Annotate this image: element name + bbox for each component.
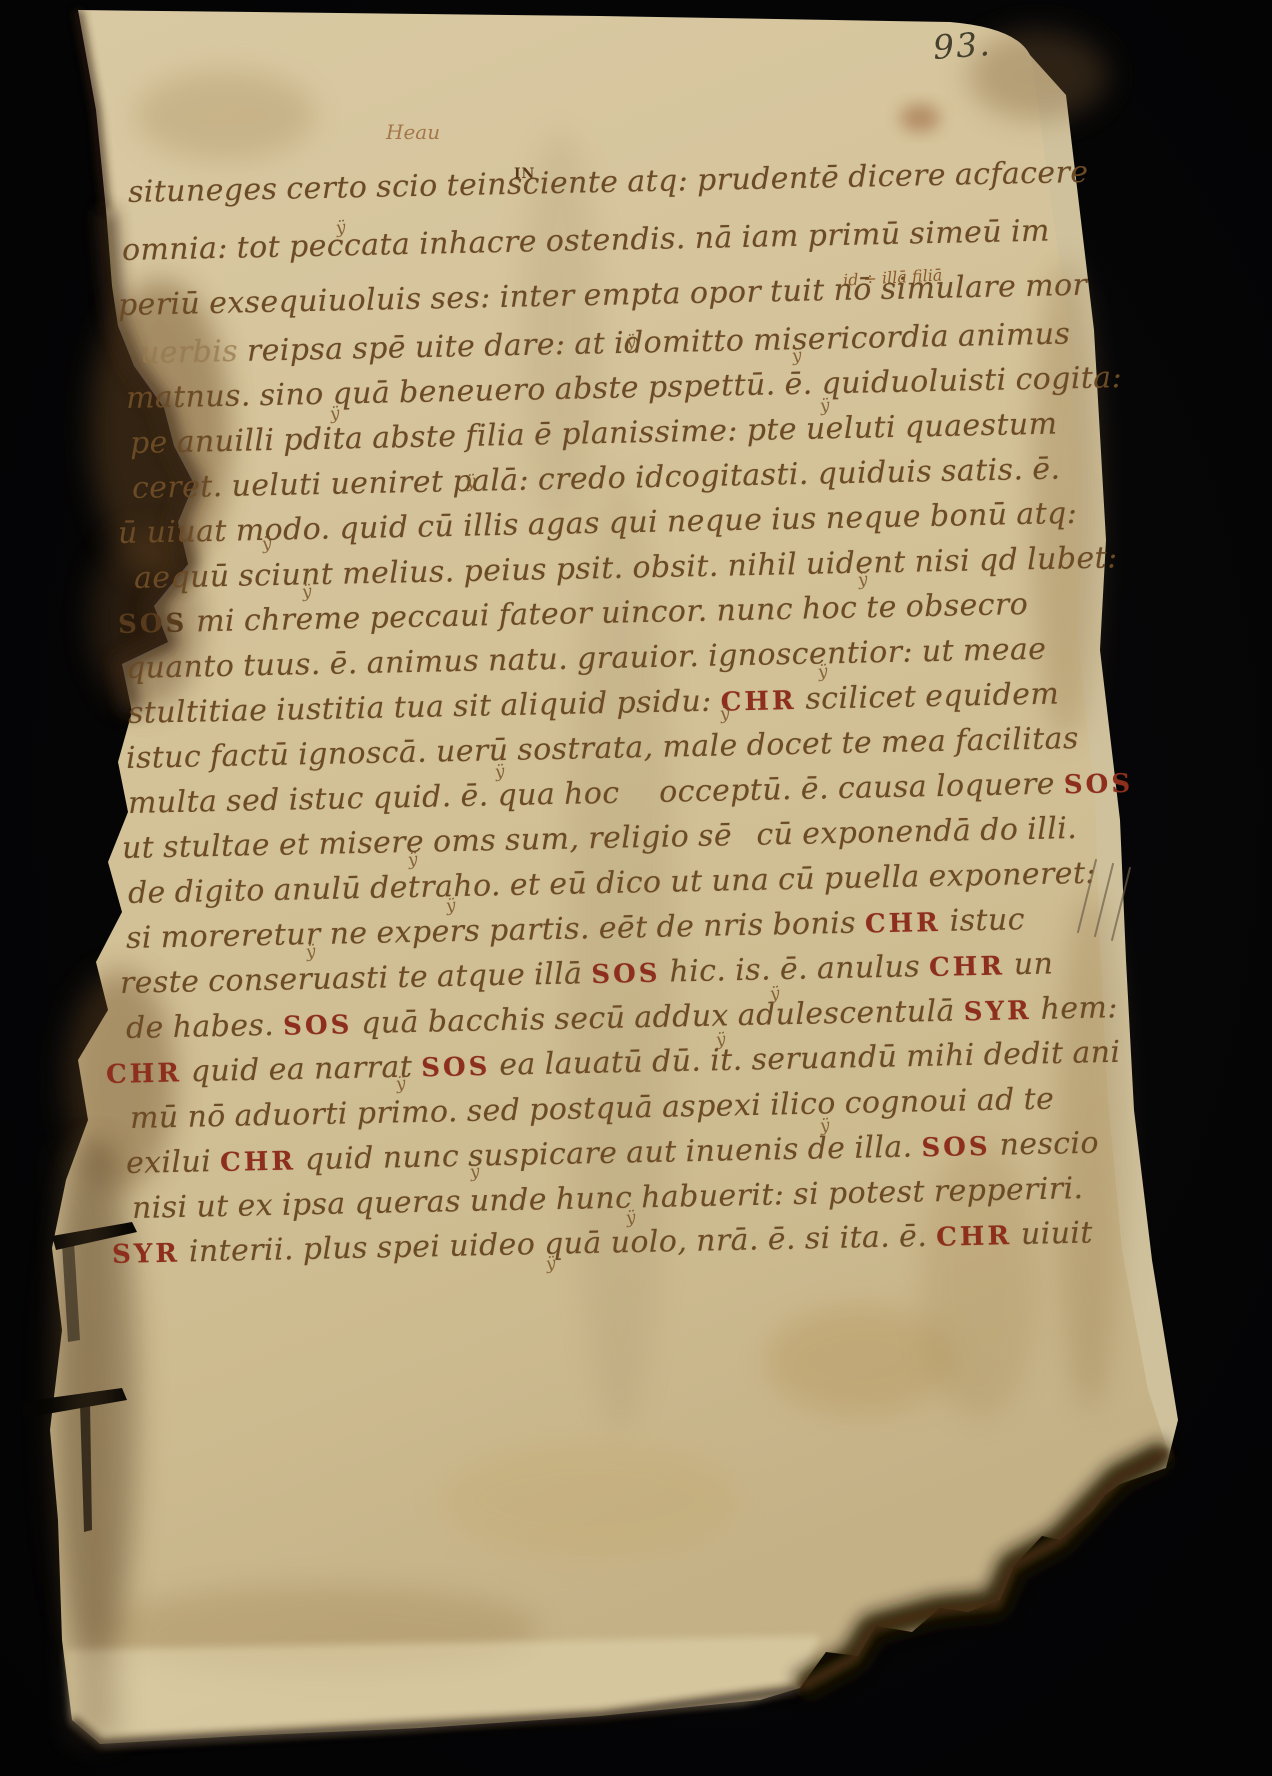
manuscript-line: SYR interii. plus spei uideo quā uolo, n… <box>112 1215 1094 1271</box>
construe-mark-icon: ÿ <box>301 581 313 602</box>
speaker-siglum: SOS <box>591 959 661 990</box>
manuscript-line: situneges certo scio teinsciente atq: pr… <box>128 155 1089 210</box>
line-segment: nescio <box>990 1126 1099 1163</box>
line-segment: interii. plus spei uideo quā uolo, nrā. … <box>180 1219 937 1270</box>
construe-mark-icon: ÿ <box>625 1207 637 1228</box>
line-segment: reste conseruasti te atque illā <box>120 956 592 1001</box>
text-layer: 93. Heau id ÷ illā filiā IN situneges ce… <box>0 0 1272 1776</box>
line-segment: reipsa spē uite dare: at idomitto miseri… <box>247 317 1071 369</box>
speaker-siglum: CHR <box>720 686 796 718</box>
manuscript-line: SOS mi chreme peccaui fateor uincor. nun… <box>118 587 1029 641</box>
manuscript-line: exilui CHR quid nunc suspicare aut inuen… <box>126 1126 1100 1181</box>
line-segment: periū exsequiuoluis ses: inter empta opo… <box>118 268 1088 323</box>
construe-mark-icon: ÿ <box>305 941 317 962</box>
speaker-siglum: CHR <box>220 1146 296 1178</box>
speaker-siglum: SYR <box>963 996 1032 1027</box>
construe-mark-icon: ÿ <box>545 1253 557 1274</box>
pen-stroke <box>1094 863 1114 937</box>
line-segment: un <box>1005 946 1054 982</box>
line-segment: pe anuilli pdita abste filia ē planissim… <box>130 407 1058 461</box>
line-segment: ut stultae et misere oms sum, religio sē… <box>122 811 1078 866</box>
manuscript-line: reste conseruasti te atque illā SOS hic.… <box>120 946 1054 1001</box>
pen-stroke <box>1111 867 1131 941</box>
line-segment: ceret. ueluti ueniret palā: credo idcogi… <box>132 452 1061 506</box>
line-segment: omnia: tot peccata inhacre ostendis. nā … <box>122 214 1050 268</box>
construe-mark-icon: ÿ <box>335 217 347 238</box>
manuscript-line: pe anuilli pdita abste filia ē planissim… <box>130 407 1058 461</box>
line-segment: exilui <box>126 1144 221 1181</box>
line-segment: mū nō aduorti primo. sed postquā aspexi … <box>130 1082 1055 1136</box>
speaker-siglum: SOS <box>283 1010 353 1041</box>
manuscript-line: mū nō aduorti primo. sed postquā aspexi … <box>130 1082 1055 1136</box>
line-segment: scilicet equidem <box>796 676 1059 716</box>
running-title: Heau <box>386 120 440 144</box>
line-segment: quā bacchis secū addux adulescentulā <box>352 993 964 1041</box>
line-segment: situneges certo scio teinsciente atq: pr… <box>128 155 1089 210</box>
construe-mark-icon: ÿ <box>715 1029 727 1050</box>
line-segment: de habes. <box>126 1008 284 1046</box>
manuscript-line: quanto tuus. ē. animus natu. grauior. ig… <box>126 632 1047 686</box>
line-segment: mi chreme peccaui fateor uincor. nunc ho… <box>187 587 1029 640</box>
construe-mark-icon: ÿ <box>445 895 457 916</box>
construe-mark-icon: ÿ <box>465 471 477 492</box>
construe-mark-icon: ÿ <box>819 1115 831 1136</box>
construe-mark-icon: ÿ <box>791 345 803 366</box>
pen-trial-strokes <box>1086 858 1146 944</box>
construe-mark-icon: ÿ <box>329 403 341 424</box>
manuscript-line: ceret. ueluti ueniret palā: credo idcogi… <box>132 452 1061 506</box>
manuscript-line: istuc factū ignoscā. uerū sostrata, male… <box>126 721 1079 776</box>
line-segment: quanto tuus. ē. animus natu. grauior. ig… <box>126 632 1047 686</box>
line-segment: multa sed istuc quid. ē. qua hoc occeptū… <box>128 766 1065 821</box>
construe-mark-icon: ÿ <box>719 703 731 724</box>
speaker-siglum: CHR <box>106 1058 182 1090</box>
construe-mark-icon: ÿ <box>494 761 506 782</box>
page-number: 93. <box>932 24 993 67</box>
speaker-siglum: CHR <box>865 908 941 940</box>
line-segment: hic. is. ē. anulus <box>660 949 929 990</box>
line-segment: quid nunc suspicare aut inuenis de illa. <box>296 1129 922 1177</box>
speaker-siglum: CHR <box>936 1221 1012 1253</box>
speaker-siglum: SYR <box>112 1239 181 1270</box>
construe-mark-icon: ÿ <box>407 849 419 870</box>
construe-mark-icon: ÿ <box>395 1073 407 1094</box>
speaker-siglum: CHR <box>929 951 1005 983</box>
line-segment: stultitiae iustitia tua sit aliquid psid… <box>128 684 721 731</box>
manuscript-line: omnia: tot peccata inhacre ostendis. nā … <box>122 214 1050 268</box>
line-segment: uiuit <box>1012 1215 1094 1252</box>
construe-mark-icon: ÿ <box>469 1161 481 1182</box>
line-segment: quid ea narrat <box>181 1049 421 1089</box>
manuscript-line: ut stultae et misere oms sum, religio sē… <box>122 811 1078 866</box>
line-segment: uerbis <box>140 334 248 371</box>
manuscript-line: uerbis reipsa spē uite dare: at idomitto… <box>140 317 1071 371</box>
line-segment: istuc <box>940 902 1025 939</box>
manuscript-line: stultitiae iustitia tua sit aliquid psid… <box>128 676 1060 730</box>
construe-mark-icon: ÿ <box>261 533 273 554</box>
speaker-siglum: SOS <box>921 1132 991 1163</box>
manuscript-line: periū exsequiuoluis ses: inter empta opo… <box>118 268 1088 323</box>
speaker-siglum: SOS <box>421 1052 491 1083</box>
line-segment: hem: <box>1031 990 1118 1027</box>
construe-mark-icon: ÿ <box>817 661 829 682</box>
line-segment: si moreretur ne expers partis. eēt de nr… <box>126 906 866 956</box>
construe-mark-icon: ÿ <box>625 331 637 352</box>
manuscript-photo: 93. Heau id ÷ illā filiā IN situneges ce… <box>0 0 1272 1776</box>
construe-mark-icon: ÿ <box>769 983 781 1004</box>
construe-mark-icon: ÿ <box>857 569 869 590</box>
speaker-siglum: SOS <box>1064 769 1134 800</box>
line-segment: ea lauatū dū. it. seruandū mihi dedit an… <box>490 1035 1121 1083</box>
manuscript-line: si moreretur ne expers partis. eēt de nr… <box>126 902 1026 956</box>
line-segment: istuc factū ignoscā. uerū sostrata, male… <box>126 721 1079 776</box>
construe-mark-icon: ÿ <box>819 395 831 416</box>
speaker-siglum: SOS <box>118 609 188 640</box>
